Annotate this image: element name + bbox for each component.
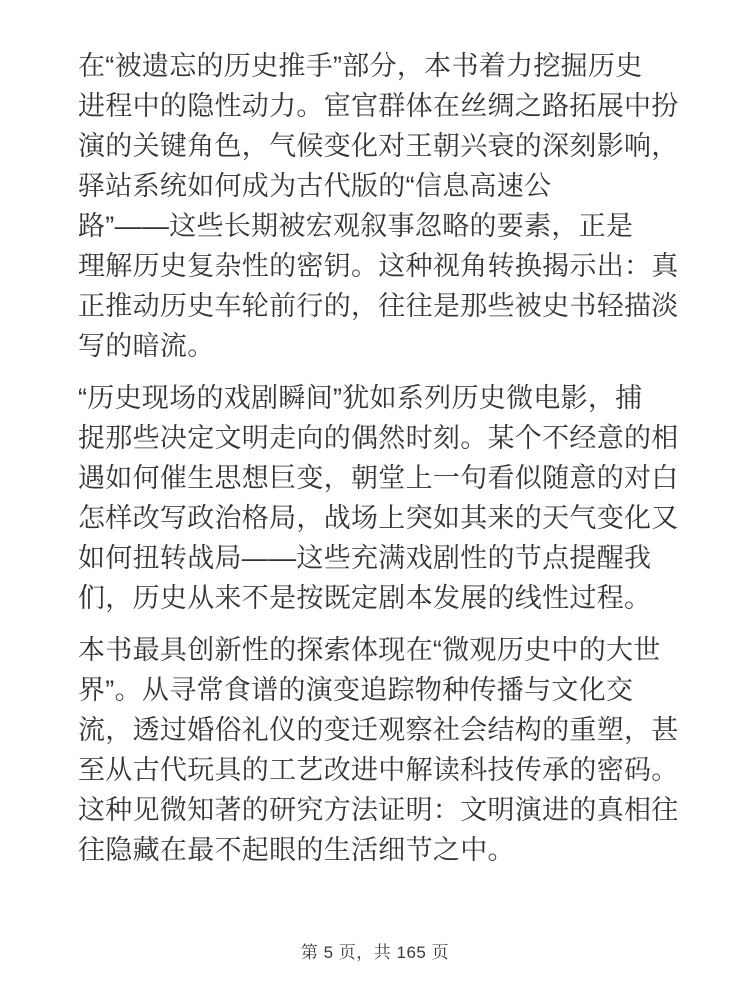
paragraph-2: “历史现场的戏剧瞬间”犹如系列历史微电影，捕 捉那些决定文明走向的偶然时刻。某个… <box>78 378 684 618</box>
document-page: 在“被遗忘的历史推手”部分，本书着力挖掘历史 进程中的隐性动力。宦官群体在丝绸之… <box>0 0 750 1000</box>
paragraph-1: 在“被遗忘的历史推手”部分，本书着力挖掘历史 进程中的隐性动力。宦官群体在丝绸之… <box>78 46 684 366</box>
body-text: 在“被遗忘的历史推手”部分，本书着力挖掘历史 进程中的隐性动力。宦官群体在丝绸之… <box>78 46 684 882</box>
page-number-indicator: 第 5 页，共 165 页 <box>0 941 750 965</box>
paragraph-3: 本书最具创新性的探索体现在“微观历史中的大世 界”。从寻常食谱的演变追踪物种传播… <box>78 630 684 870</box>
